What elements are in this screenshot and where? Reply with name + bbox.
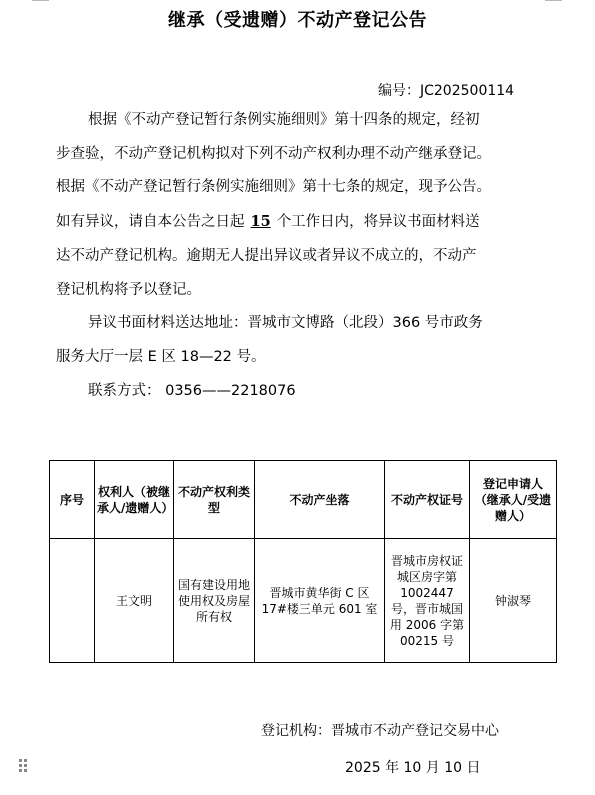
registration-organization: 登记机构：晋城市不动产登记交易中心 bbox=[261, 720, 499, 740]
cell-right-type: 国有建设用地使用权及房屋所有权 bbox=[174, 539, 255, 663]
body-line: 达不动产登记机构。逾期无人提出异议或者异议不成立的，不动产 bbox=[56, 240, 556, 274]
notice-body: 根据《不动产登记暂行条例实施细则》第十四条的规定，经初 步查验，不动产登记机构拟… bbox=[56, 104, 556, 408]
header-right-type: 不动产权利类型 bbox=[174, 461, 255, 539]
objection-post: 个工作日内，将异议书面材料送 bbox=[277, 214, 480, 230]
document-number: 编号：JC202500114 bbox=[378, 80, 514, 100]
cell-applicant: 钟淑琴 bbox=[470, 539, 557, 663]
header-cert-no: 不动产权证号 bbox=[385, 461, 470, 539]
address-line: 服务大厅一层 E 区 18—22 号。 bbox=[56, 341, 556, 375]
cell-location: 晋城市黄华街 C 区 17#楼三单元 601 室 bbox=[255, 539, 385, 663]
body-line: 根据《不动产登记暂行条例实施细则》第十四条的规定，经初 bbox=[56, 104, 556, 138]
page-corner-mark-left bbox=[32, 0, 49, 1]
header-index: 序号 bbox=[50, 461, 95, 539]
page-corner-mark-right bbox=[545, 0, 562, 1]
contact-info: 联系方式： 0356——2218076 bbox=[56, 375, 556, 409]
header-holder: 权利人（被继承人/遗赠人） bbox=[95, 461, 174, 539]
body-line: 步查验，不动产登记机构拟对下列不动产权利办理不动产继承登记。 bbox=[56, 138, 556, 172]
property-table: 序号 权利人（被继承人/遗赠人） 不动产权利类型 不动产坐落 不动产权证号 登记… bbox=[49, 460, 557, 663]
cell-index bbox=[50, 539, 95, 663]
drag-handle-icon[interactable] bbox=[19, 759, 27, 773]
body-line: 根据《不动产登记暂行条例实施细则》第十七条的规定，现予公告。 bbox=[56, 171, 556, 205]
objection-line: 如有异议，请自本公告之日起15个工作日内，将异议书面材料送 bbox=[56, 205, 556, 240]
page-title: 继承（受遗赠）不动产登记公告 bbox=[0, 6, 595, 32]
address-line: 异议书面材料送达地址：晋城市文博路（北段）366 号市政务 bbox=[56, 307, 556, 341]
cell-cert-no: 晋城市房权证城区房字第 1002447 号，晋市城国用 2006 字第 0021… bbox=[385, 539, 470, 663]
body-line: 登记机构将予以登记。 bbox=[56, 274, 556, 308]
table-row: 王文明 国有建设用地使用权及房屋所有权 晋城市黄华街 C 区 17#楼三单元 6… bbox=[50, 539, 557, 663]
header-applicant: 登记申请人（继承人/受遗赠人） bbox=[470, 461, 557, 539]
table-header-row: 序号 权利人（被继承人/遗赠人） 不动产权利类型 不动产坐落 不动产权证号 登记… bbox=[50, 461, 557, 539]
objection-pre: 如有异议，请自本公告之日起 bbox=[56, 214, 245, 230]
header-location: 不动产坐落 bbox=[255, 461, 385, 539]
objection-days: 15 bbox=[245, 213, 277, 230]
cell-holder: 王文明 bbox=[95, 539, 174, 663]
notice-date: 2025 年 10 月 10 日 bbox=[345, 757, 481, 777]
